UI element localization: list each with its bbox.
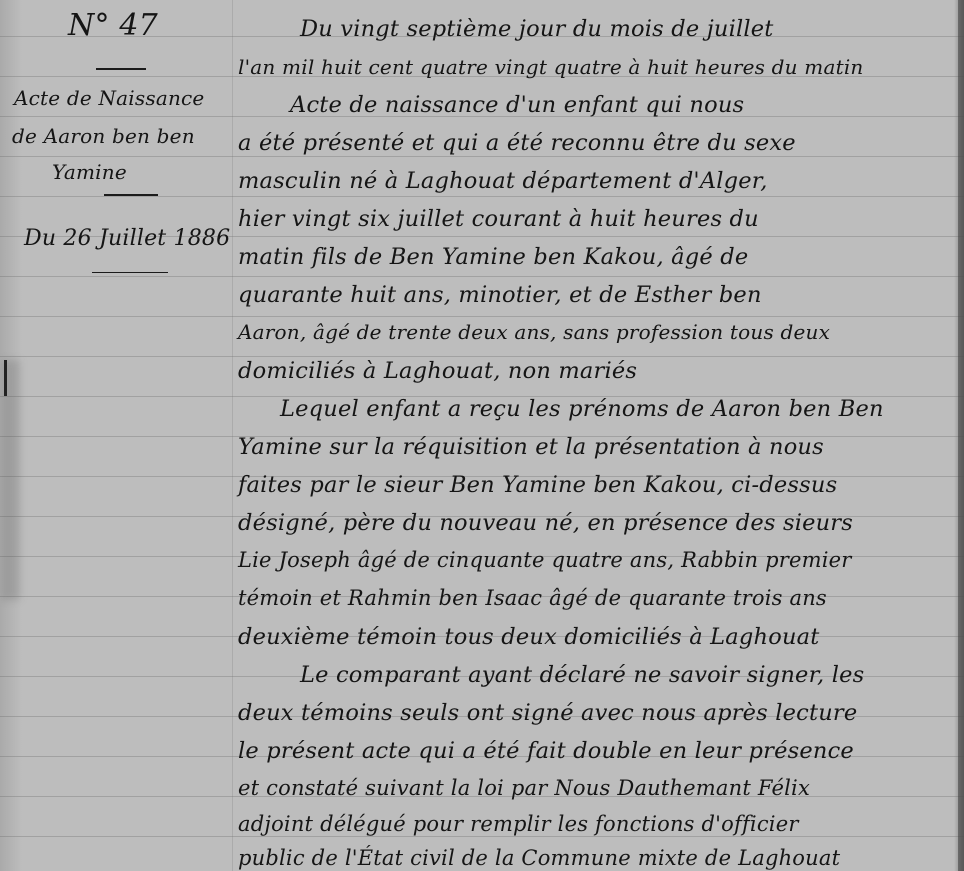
body-line-19: deux témoins seuls ont signé avec nous a…	[238, 700, 857, 726]
body-line-11: Lequel enfant a reçu les prénoms de Aaro…	[280, 396, 884, 422]
ruled-line	[0, 836, 964, 837]
scan-smudge	[2, 360, 20, 600]
underline	[96, 68, 146, 70]
body-line-5: masculin né à Laghouat département d'Alg…	[238, 168, 768, 194]
acte-number: N° 47	[68, 8, 158, 43]
underline	[104, 194, 158, 196]
body-line-20: le présent acte qui a été fait double en…	[238, 738, 854, 764]
body-line-1: Du vingt septième jour du mois de juille…	[300, 16, 774, 42]
body-line-6: hier vingt six juillet courant à huit he…	[238, 206, 759, 232]
ruled-line	[0, 196, 964, 197]
ruled-line	[0, 316, 964, 317]
margin-divider	[232, 0, 233, 871]
margin-title-line2: de Aaron ben ben	[12, 124, 195, 148]
body-line-23: public de l'État civil de la Commune mix…	[238, 846, 840, 870]
body-line-14: désigné, père du nouveau né, en présence…	[238, 510, 853, 536]
body-line-15: Lie Joseph âgé de cinquante quatre ans, …	[238, 548, 852, 572]
margin-date: Du 26 Juillet 1886	[24, 226, 230, 251]
body-line-17: deuxième témoin tous deux domiciliés à L…	[238, 624, 820, 650]
body-line-4: a été présenté et qui a été reconnu être…	[238, 130, 796, 156]
document-page: N° 47 Acte de Naissance de Aaron ben ben…	[0, 0, 964, 871]
body-line-18: Le comparant ayant déclaré ne savoir sig…	[300, 662, 864, 688]
body-line-3: Acte de naissance d'un enfant qui nous	[290, 92, 744, 118]
ink-mark	[4, 360, 7, 396]
body-line-2: l'an mil huit cent quatre vingt quatre à…	[238, 55, 864, 79]
body-line-22: adjoint délégué pour remplir les fonctio…	[238, 812, 799, 836]
body-line-9: Aaron, âgé de trente deux ans, sans prof…	[238, 320, 830, 344]
margin-title-line3: Yamine	[52, 160, 127, 184]
ruled-line	[0, 156, 964, 157]
ruled-line	[0, 276, 964, 277]
body-line-13: faites par le sieur Ben Yamine ben Kakou…	[238, 472, 837, 498]
body-line-16: témoin et Rahmin ben Isaac âgé de quaran…	[238, 586, 827, 610]
body-line-12: Yamine sur la réquisition et la présenta…	[238, 434, 824, 460]
body-line-10: domiciliés à Laghouat, non mariés	[238, 358, 637, 384]
ruled-line	[0, 356, 964, 357]
underline	[92, 272, 168, 273]
body-line-8: quarante huit ans, minotier, et de Esthe…	[238, 282, 762, 308]
body-line-7: matin fils de Ben Yamine ben Kakou, âgé …	[238, 244, 748, 270]
body-line-21: et constaté suivant la loi par Nous Daut…	[238, 776, 810, 800]
margin-title-line1: Acte de Naissance	[14, 86, 204, 110]
page-binding-edge	[958, 0, 964, 871]
